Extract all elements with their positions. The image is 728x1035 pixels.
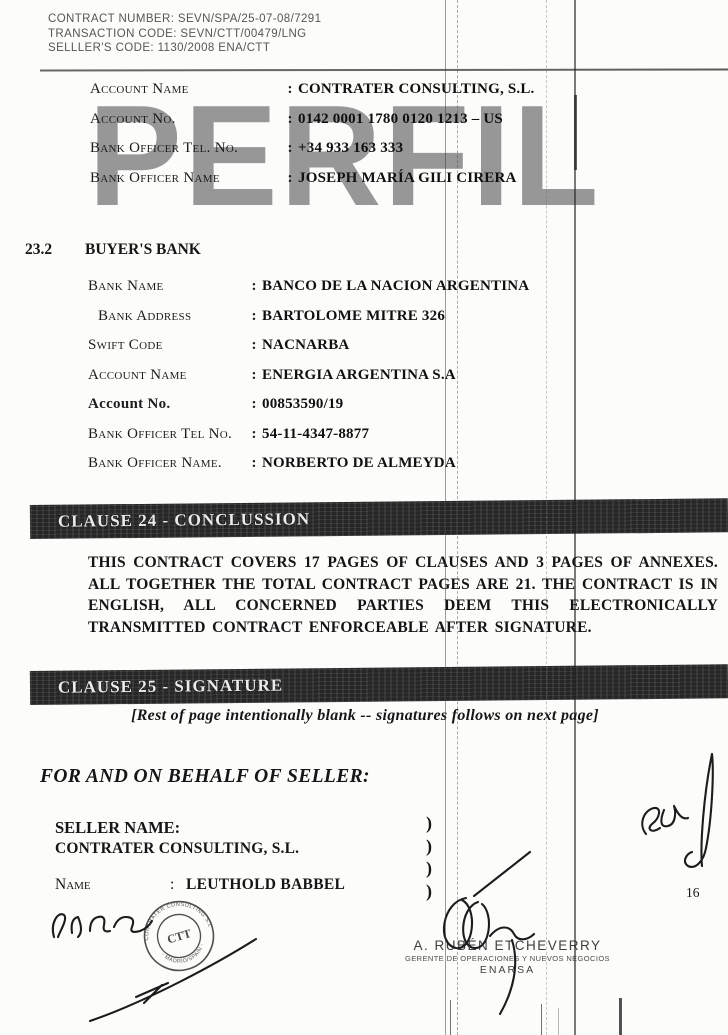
row-value: NACNARBA (262, 336, 648, 355)
seller-bank-details: Account Name : CONTRATER CONSULTING, S.L… (90, 80, 650, 198)
bank-detail-row: Bank Officer Tel No. : 54-11-4347-8877 (88, 425, 648, 444)
colon-separator: : (282, 80, 298, 99)
row-value: BARTOLOME MITRE 326 (262, 307, 648, 326)
row-label: Bank Officer Tel. No. (90, 139, 282, 158)
transaction-code-line: TRANSACTION CODE: SEVN/CTT/00479/LNG (48, 27, 321, 42)
page-number: 16 (686, 885, 700, 901)
row-label: Bank Address (88, 307, 246, 326)
row-value: +34 933 163 333 (298, 139, 650, 158)
row-value: 54-11-4347-8877 (262, 425, 648, 444)
contract-number-line: CONTRACT NUMBER: SEVN/SPA/25-07-08/7291 (48, 12, 321, 27)
seller-initials-signature-icon (630, 748, 728, 873)
row-label: Account Name (88, 366, 246, 385)
clause-25-heading: CLAUSE 25 - SIGNATURE (58, 676, 283, 697)
bank-detail-row: Account No. : 0142 0001 1780 0120 1213 –… (90, 110, 650, 129)
row-label: Bank Name (88, 277, 246, 296)
clause-24-heading-bar: CLAUSE 24 - CONCLUSSION (30, 498, 728, 539)
row-value: NORBERTO DE ALMEYDA (262, 454, 648, 473)
row-label: Bank Officer Name. (88, 454, 246, 473)
bank-detail-row: Bank Officer Name : JOSEPH MARÍA GILI CI… (90, 169, 650, 188)
name-label: Name (55, 876, 170, 894)
clause-24-heading: CLAUSE 24 - CONCLUSSION (58, 509, 310, 530)
row-label: Account No. (88, 395, 246, 414)
row-label: Swift Code (88, 336, 246, 355)
bank-detail-row: Bank Name : BANCO DE LA NACION ARGENTINA (88, 277, 648, 296)
buyers-bank-heading: 23.2BUYER'S BANK (25, 241, 201, 259)
behalf-of-seller-heading: FOR AND ON BEHALF OF SELLER: (40, 766, 370, 788)
clause-24-body: THIS CONTRACT COVERS 17 PAGES OF CLAUSES… (88, 552, 718, 638)
parenthesis-mark: ) (426, 812, 432, 835)
pen-stroke-icon (78, 933, 263, 1028)
scan-artifact-segment (574, 95, 577, 170)
intentionally-blank-note: [Rest of page intentionally blank -- sig… (55, 707, 675, 725)
colon-separator: : (246, 307, 262, 326)
row-label: Bank Officer Name (90, 169, 282, 188)
seller-name-value: CONTRATER CONSULTING, S.L. (55, 840, 299, 858)
colon-separator: : (282, 169, 298, 188)
row-label: Bank Officer Tel No. (88, 425, 246, 444)
bank-detail-row: Account No. : 00853590/19 (88, 395, 648, 414)
row-label: Account Name (90, 80, 282, 99)
seller-name-label: SELLER NAME: (55, 818, 180, 838)
scan-artifact-tick (558, 1008, 559, 1035)
buyer-bank-details: Bank Name : BANCO DE LA NACION ARGENTINA… (88, 277, 648, 484)
colon-separator: : (246, 395, 262, 414)
colon-separator: : (282, 110, 298, 129)
scan-artifact-tick (541, 1004, 542, 1035)
colon-separator: : (246, 425, 262, 444)
section-number: 23.2 (25, 241, 85, 259)
clause-25-heading-bar: CLAUSE 25 - SIGNATURE (30, 664, 728, 705)
bank-detail-row: Bank Address : BARTOLOME MITRE 326 (88, 307, 648, 326)
colon-separator: : (246, 336, 262, 355)
colon-separator: : (246, 366, 262, 385)
row-label: Account No. (90, 110, 282, 129)
buyer-signature-icon (412, 848, 537, 1018)
bank-detail-row: Bank Officer Tel. No. : +34 933 163 333 (90, 139, 650, 158)
colon-separator: : (246, 454, 262, 473)
section-title: BUYER'S BANK (85, 241, 201, 258)
horizontal-rule (40, 69, 728, 72)
colon-separator: : (246, 277, 262, 296)
row-value: 0142 0001 1780 0120 1213 – US (298, 110, 650, 129)
row-value: BANCO DE LA NACION ARGENTINA (262, 277, 648, 296)
name-value: LEUTHOLD BABBEL (186, 876, 395, 894)
row-value: CONTRATER CONSULTING, S.L. (298, 80, 650, 99)
scan-artifact-tick (619, 998, 622, 1035)
name-row: Name : LEUTHOLD BABBEL (55, 876, 395, 894)
contract-page: CONTRACT NUMBER: SEVN/SPA/25-07-08/7291 … (0, 0, 728, 1035)
row-value: ENERGIA ARGENTINA S.A (262, 366, 648, 385)
document-header: CONTRACT NUMBER: SEVN/SPA/25-07-08/7291 … (48, 12, 321, 56)
bank-detail-row: Account Name : ENERGIA ARGENTINA S.A (88, 366, 648, 385)
bank-detail-row: Bank Officer Name. : NORBERTO DE ALMEYDA (88, 454, 648, 473)
bank-detail-row: Swift Code : NACNARBA (88, 336, 648, 355)
sellers-code-line: SELLLER'S CODE: 1130/2008 ENA/CTT (48, 41, 321, 56)
row-value: 00853590/19 (262, 395, 648, 414)
bank-detail-row: Account Name : CONTRATER CONSULTING, S.L… (90, 80, 650, 99)
row-value: JOSEPH MARÍA GILI CIRERA (298, 169, 650, 188)
colon-separator: : (282, 139, 298, 158)
